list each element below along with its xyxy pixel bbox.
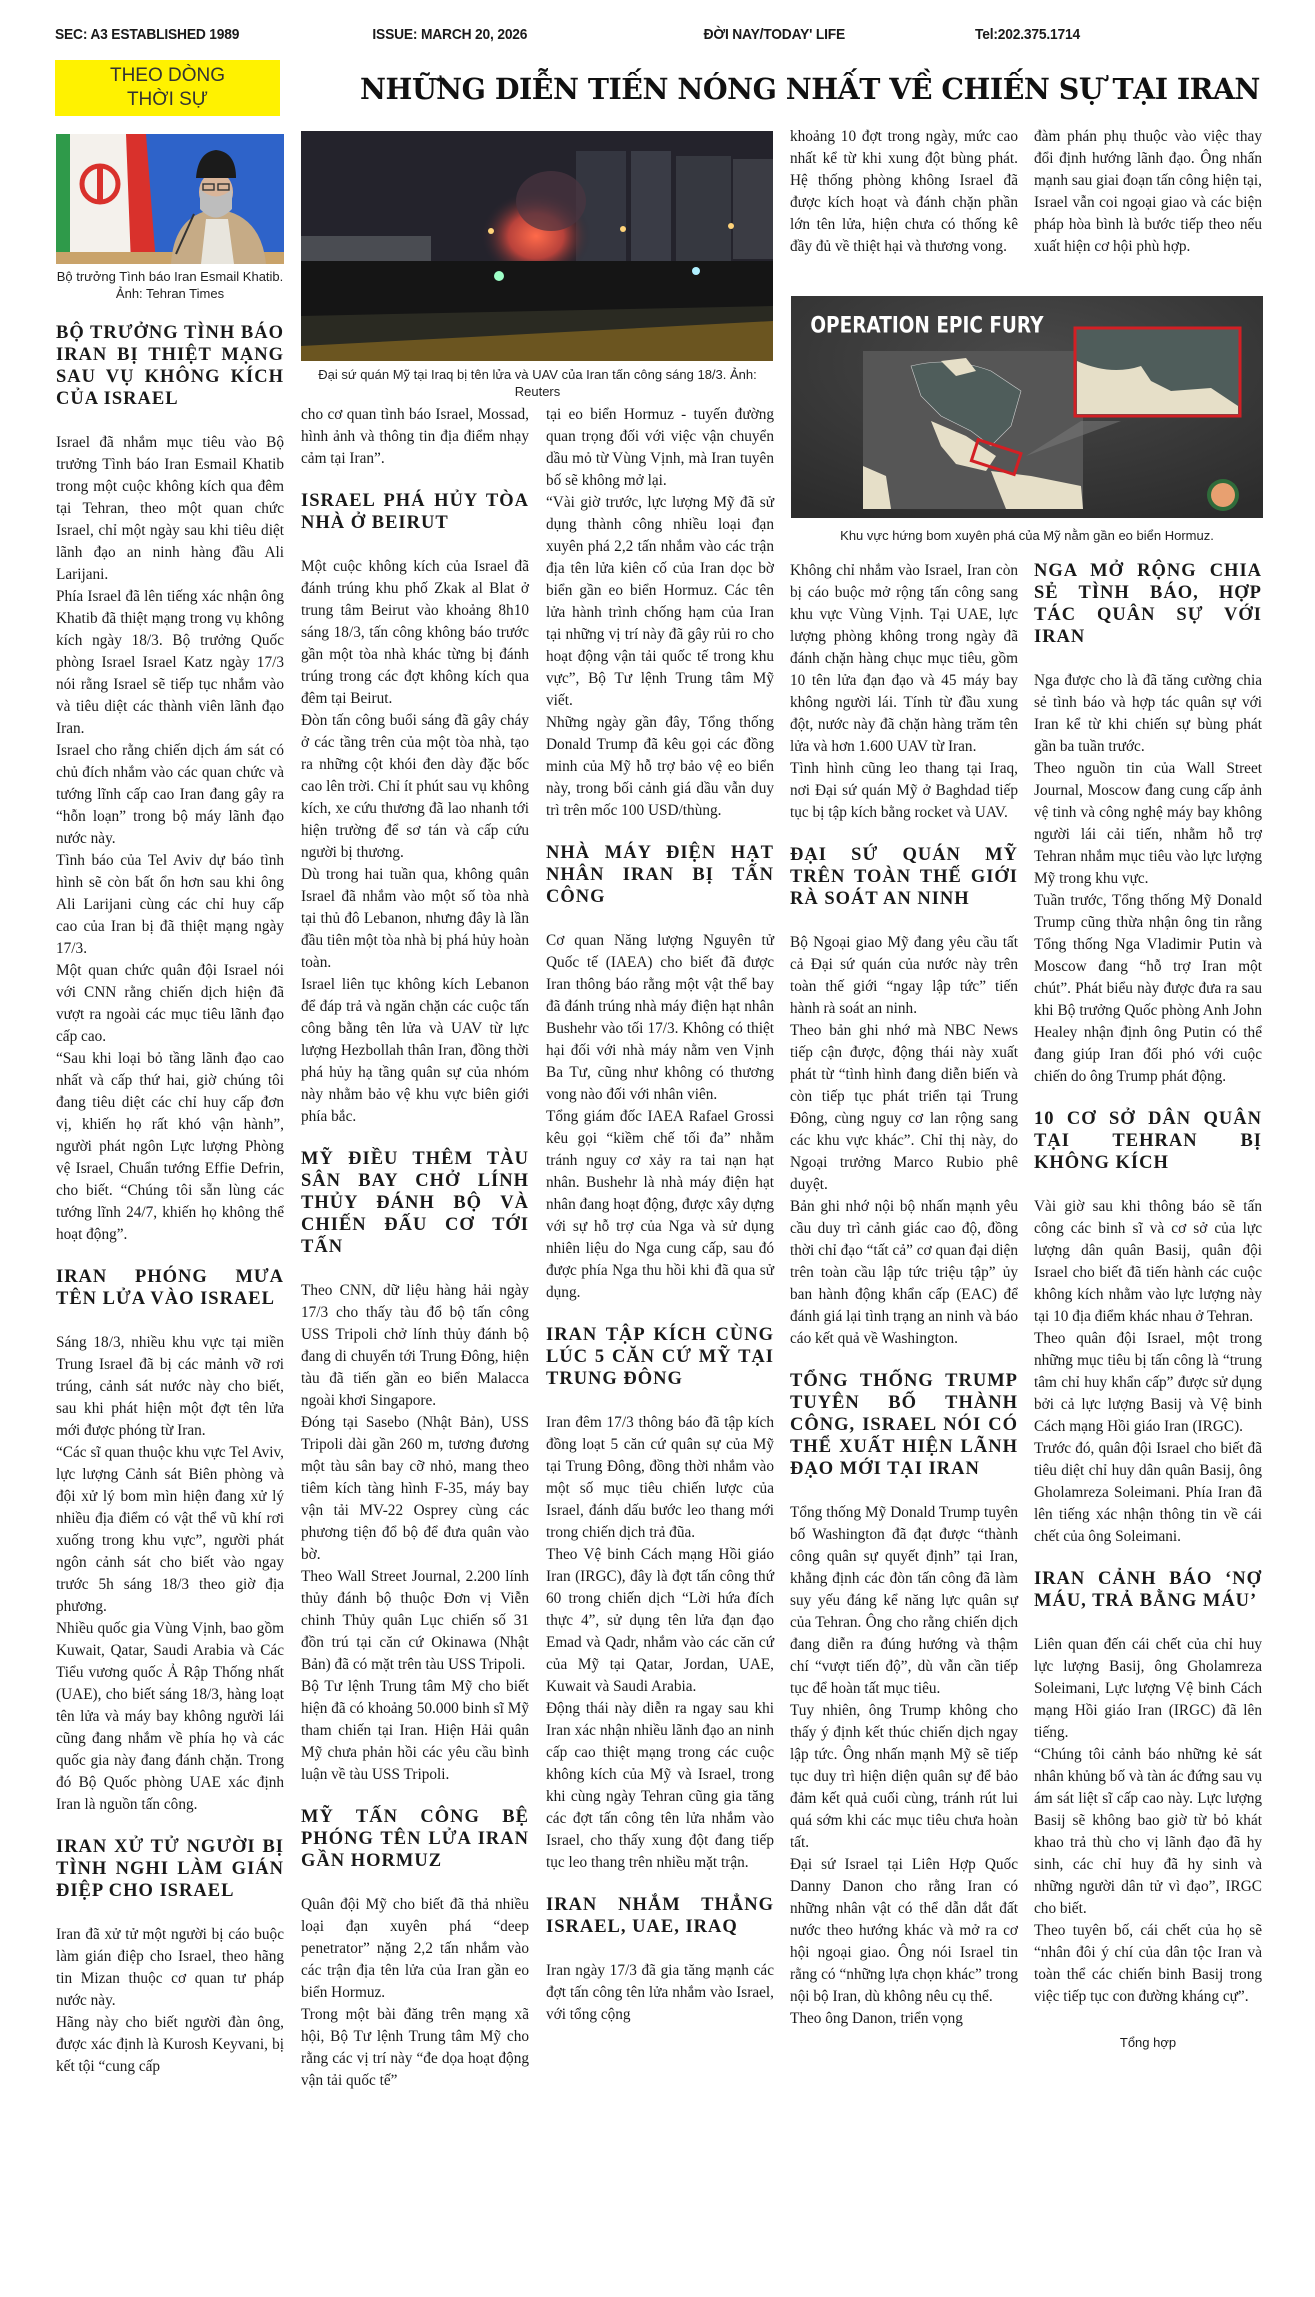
article-heading: BỘ TRƯỞNG TÌNH BÁO IRAN BỊ THIỆT MẠNG SA… xyxy=(56,322,284,410)
article-heading: 10 CƠ SỞ DÂN QUÂN TẠI TEHRAN BỊ KHÔNG KÍ… xyxy=(1034,1108,1262,1174)
article-paragraph: Trong một bài đăng trên mạng xã hội, Bộ … xyxy=(301,2004,529,2092)
map-caption: Khu vực hứng bom xuyên phá của Mỹ nằm gầ… xyxy=(791,527,1263,544)
article-paragraph: Bộ Tư lệnh Trung tâm Mỹ cho biết hiện đã… xyxy=(301,1676,529,1786)
article-paragraph: Tuần trước, Tổng thống Mỹ Donald Trump c… xyxy=(1034,890,1262,1088)
article-heading: IRAN TẬP KÍCH CÙNG LÚC 5 CĂN CỨ MỸ TẠI T… xyxy=(546,1324,774,1390)
map-title: OPERATION EPIC FURY xyxy=(810,312,1043,338)
article-paragraph: Israel liên tục không kích Lebanon để đá… xyxy=(301,974,529,1128)
issue-date: ISSUE: MARCH 20, 2026 xyxy=(372,26,527,43)
article-heading: MỸ ĐIỀU THÊM TÀU SÂN BAY CHỞ LÍNH THỦY Đ… xyxy=(301,1148,529,1258)
article-paragraph: Israel đã nhắm mục tiêu vào Bộ trưởng Tì… xyxy=(56,432,284,586)
column-3: tại eo biển Hormuz - tuyến đường quan tr… xyxy=(546,404,774,2026)
article-paragraph: Động thái này diễn ra ngay sau khi Iran … xyxy=(546,1698,774,1874)
embassy-attack-photo xyxy=(301,131,773,361)
minister-photo-image xyxy=(56,134,284,264)
section-tag: THEO DÒNG THỜI SỰ xyxy=(55,60,280,116)
article-heading: MỸ TẤN CÔNG BỆ PHÓNG TÊN LỬA IRAN GẦN HO… xyxy=(301,1806,529,1872)
article-paragraph: Đại sứ Israel tại Liên Hợp Quốc Danny Da… xyxy=(790,1854,1018,2008)
article-paragraph: Tổng giám đốc IAEA Rafael Grossi kêu gọi… xyxy=(546,1106,774,1304)
article-heading: NGA MỞ RỘNG CHIA SẺ TÌNH BÁO, HỢP TÁC QU… xyxy=(1034,560,1262,648)
article-paragraph: Tổng thống Mỹ Donald Trump tuyên bố Wash… xyxy=(790,1502,1018,1700)
article-paragraph: Bản ghi nhớ nội bộ nhấn mạnh yêu cầu duy… xyxy=(790,1196,1018,1350)
article-paragraph: Liên quan đến cái chết của chỉ huy lực l… xyxy=(1034,1634,1262,1744)
section-tag-line2: THỜI SỰ xyxy=(55,88,280,112)
section-label: SEC: A3 ESTABLISHED 1989 xyxy=(55,26,239,43)
column-5-top: đàm phán phụ thuộc vào việc thay đổi địn… xyxy=(1034,126,1262,258)
article-paragraph: Theo Vệ binh Cách mạng Hồi giáo Iran (IR… xyxy=(546,1544,774,1698)
page-title: NHỮNG DIỄN TIẾN NÓNG NHẤT VỀ CHIẾN SỰ TẠ… xyxy=(360,72,1260,106)
article-heading: NHÀ MÁY ĐIỆN HẠT NHÂN IRAN BỊ TẤN CÔNG xyxy=(546,842,774,908)
phone-number: Tel:202.375.1714 xyxy=(975,26,1080,43)
minister-photo-caption: Bộ trưởng Tình báo Iran Esmail Khatib. Ả… xyxy=(56,268,284,302)
article-paragraph: Một quan chức quân đội Israel nói với CN… xyxy=(56,960,284,1048)
article-paragraph: khoảng 10 đợt trong ngày, mức cao nhất k… xyxy=(790,126,1018,258)
article-paragraph: Một cuộc không kích của Israel đã đánh t… xyxy=(301,556,529,710)
article-heading: IRAN CẢNH BÁO ‘NỢ MÁU, TRẢ BẰNG MÁU’ xyxy=(1034,1568,1262,1612)
article-heading: ISRAEL PHÁ HỦY TÒA NHÀ Ở BEIRUT xyxy=(301,490,529,534)
article-paragraph: Cơ quan Năng lượng Nguyên tử Quốc tế (IA… xyxy=(546,930,774,1106)
article-paragraph: Hãng này cho biết người đàn ông, được xá… xyxy=(56,2012,284,2078)
article-paragraph: Theo bản ghi nhớ mà NBC News tiếp cận đư… xyxy=(790,1020,1018,1196)
article-heading: ĐẠI SỨ QUÁN MỸ TRÊN TOÀN THẾ GIỚI RÀ SOÁ… xyxy=(790,844,1018,910)
article-paragraph: Iran đã xử tử một người bị cáo buộc làm … xyxy=(56,1924,284,2012)
article-paragraph: Tuy nhiên, ông Trump không cho thấy ý đị… xyxy=(790,1700,1018,1854)
article-paragraph: Tình báo của Tel Aviv dự báo tình hình s… xyxy=(56,850,284,960)
article-paragraph: Tình hình cũng leo thang tại Iraq, nơi Đ… xyxy=(790,758,1018,824)
article-paragraph: Trước đó, quân đội Israel cho biết đã ti… xyxy=(1034,1438,1262,1548)
article-heading: IRAN PHÓNG MƯA TÊN LỬA VÀO ISRAEL xyxy=(56,1266,284,1310)
article-paragraph: đàm phán phụ thuộc vào việc thay đổi địn… xyxy=(1034,126,1262,258)
article-paragraph: “Sau khi loại bỏ tầng lãnh đạo cao nhất … xyxy=(56,1048,284,1246)
article-paragraph: “Vài giờ trước, lực lượng Mỹ đã sử dụng … xyxy=(546,492,774,712)
article-paragraph: Sáng 18/3, nhiều khu vực tại miền Trung … xyxy=(56,1332,284,1442)
column-2: cho cơ quan tình báo Israel, Mossad, hìn… xyxy=(301,404,529,2092)
embassy-photo-caption: Đại sứ quán Mỹ tại Iraq bị tên lửa và UA… xyxy=(310,366,765,400)
article-paragraph: Đóng tại Sasebo (Nhật Bản), USS Tripoli … xyxy=(301,1412,529,1566)
embassy-attack-photo-image xyxy=(301,131,773,361)
operation-epic-fury-map: OPERATION EPIC FURY xyxy=(791,296,1263,518)
article-paragraph: Iran đêm 17/3 thông báo đã tập kích đồng… xyxy=(546,1412,774,1544)
article-paragraph: Theo tuyên bố, cái chết của họ sẽ “nhân … xyxy=(1034,1920,1262,2008)
minister-photo xyxy=(56,134,284,264)
article-paragraph: cho cơ quan tình báo Israel, Mossad, hìn… xyxy=(301,404,529,470)
article-heading: IRAN XỬ TỬ NGƯỜI BỊ TÌNH NGHI LÀM GIÁN Đ… xyxy=(56,1836,284,1902)
article-paragraph: Theo ông Danon, triển vọng xyxy=(790,2008,1018,2030)
byline: Tổng hợp xyxy=(1034,2032,1262,2054)
article-paragraph: Theo quân đội Israel, một trong những mụ… xyxy=(1034,1328,1262,1438)
article-paragraph: Nhiều quốc gia Vùng Vịnh, bao gồm Kuwait… xyxy=(56,1618,284,1816)
section-tag-line1: THEO DÒNG xyxy=(55,64,280,88)
column-1: BỘ TRƯỞNG TÌNH BÁO IRAN BỊ THIỆT MẠNG SA… xyxy=(56,322,284,2078)
article-paragraph: Dù trong hai tuần qua, không quân Israel… xyxy=(301,864,529,974)
article-paragraph: Nga được cho là đã tăng cường chia sẻ tì… xyxy=(1034,670,1262,758)
masthead: SEC: A3 ESTABLISHED 1989 ISSUE: MARCH 20… xyxy=(55,26,1177,50)
article-heading: IRAN NHẮM THẲNG ISRAEL, UAE, IRAQ xyxy=(546,1894,774,1938)
article-paragraph: Không chỉ nhắm vào Israel, Iran còn bị c… xyxy=(790,560,1018,758)
operation-map-image: OPERATION EPIC FURY xyxy=(791,296,1263,518)
publication-name: ĐỜI NAY/TODAY' LIFE xyxy=(704,26,845,43)
article-paragraph: Quân đội Mỹ cho biết đã thả nhiều loại đ… xyxy=(301,1894,529,2004)
article-paragraph: Theo Wall Street Journal, 2.200 lính thủ… xyxy=(301,1566,529,1676)
column-4: Không chỉ nhắm vào Israel, Iran còn bị c… xyxy=(790,560,1018,2030)
article-paragraph: “Chúng tôi cảnh báo những kẻ sát nhân kh… xyxy=(1034,1744,1262,1920)
article-paragraph: Những ngày gần đây, Tổng thống Donald Tr… xyxy=(546,712,774,822)
article-paragraph: Phía Israel đã lên tiếng xác nhận ông Kh… xyxy=(56,586,284,740)
article-paragraph: “Các sĩ quan thuộc khu vực Tel Aviv, lực… xyxy=(56,1442,284,1618)
article-paragraph: Israel cho rằng chiến dịch ám sát có chủ… xyxy=(56,740,284,850)
article-paragraph: tại eo biển Hormuz - tuyến đường quan tr… xyxy=(546,404,774,492)
article-paragraph: Iran ngày 17/3 đã gia tăng mạnh các đợt … xyxy=(546,1960,774,2026)
article-heading: TỔNG THỐNG TRUMP TUYÊN BỐ THÀNH CÔNG, IS… xyxy=(790,1370,1018,1480)
column-4-top: khoảng 10 đợt trong ngày, mức cao nhất k… xyxy=(790,126,1018,258)
article-paragraph: Theo CNN, dữ liệu hàng hải ngày 17/3 cho… xyxy=(301,1280,529,1412)
article-paragraph: Theo nguồn tin của Wall Street Journal, … xyxy=(1034,758,1262,890)
article-paragraph: Đòn tấn công buổi sáng đã gây cháy ở các… xyxy=(301,710,529,864)
column-5: NGA MỞ RỘNG CHIA SẺ TÌNH BÁO, HỢP TÁC QU… xyxy=(1034,560,1262,2054)
article-paragraph: Bộ Ngoại giao Mỹ đang yêu cầu tất cả Đại… xyxy=(790,932,1018,1020)
article-paragraph: Vài giờ sau khi thông báo sẽ tấn công cá… xyxy=(1034,1196,1262,1328)
